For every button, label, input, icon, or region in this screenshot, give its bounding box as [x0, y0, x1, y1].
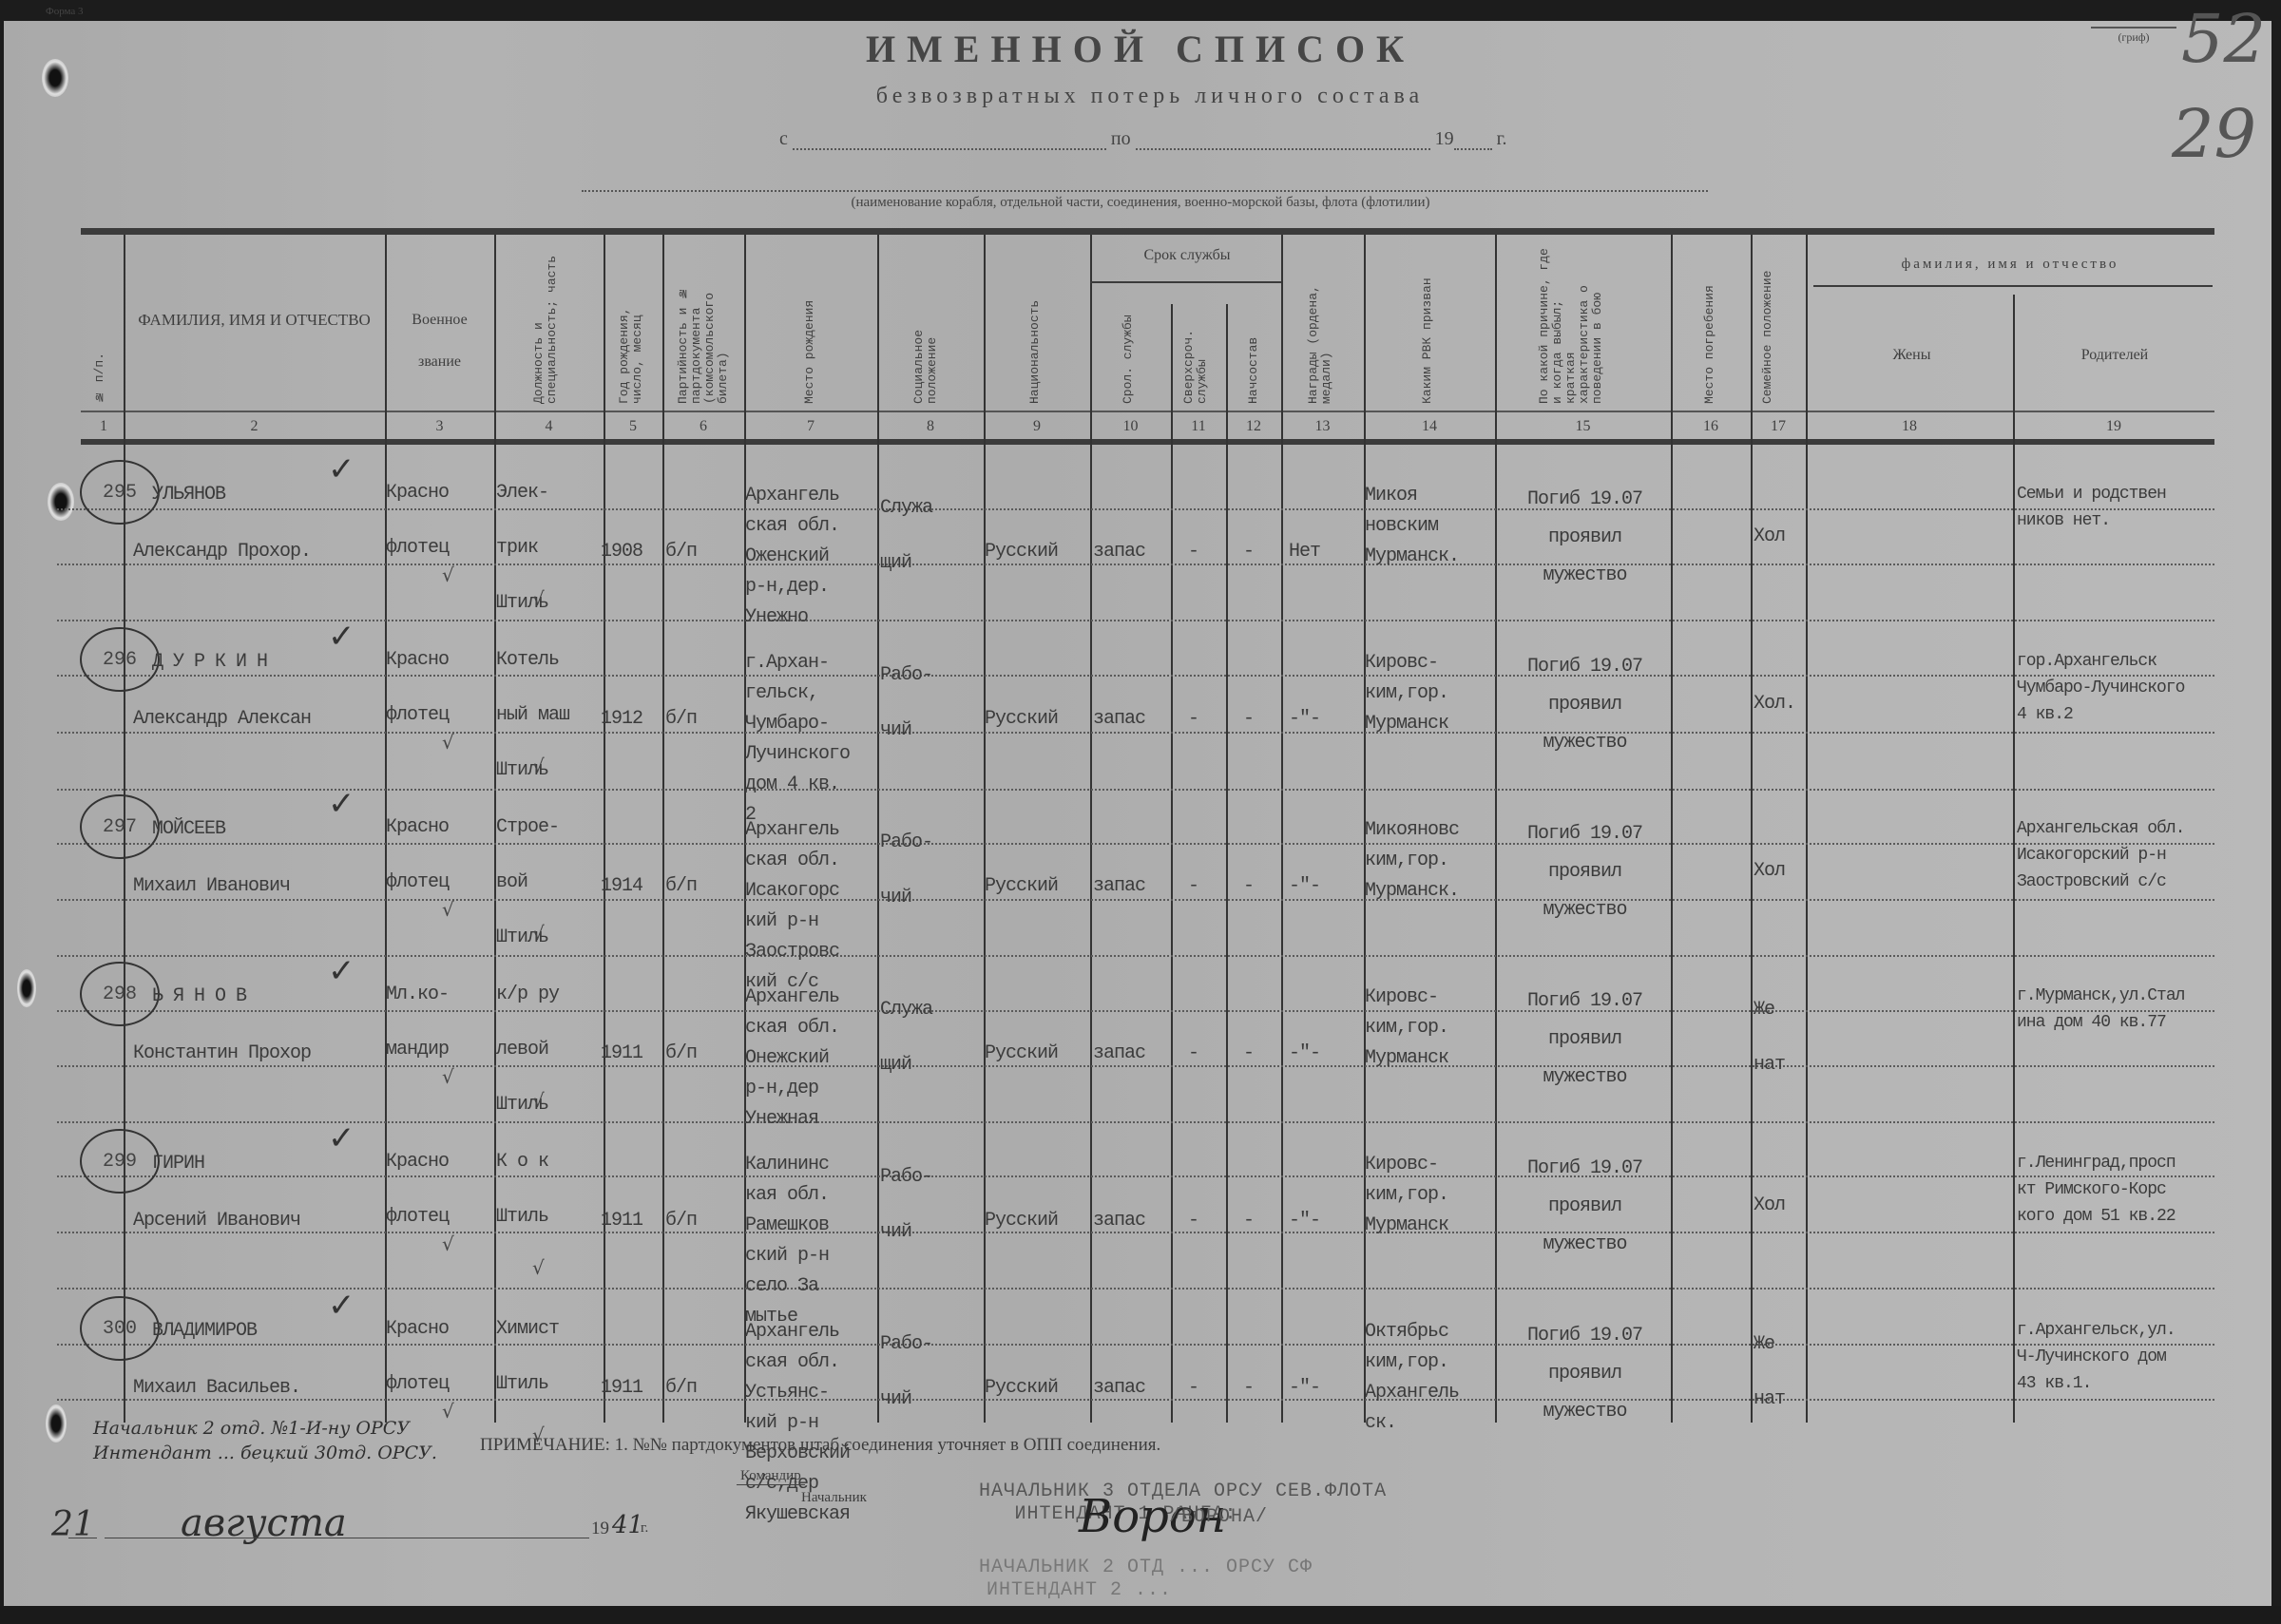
- col-header-7: Место рождения: [803, 295, 816, 404]
- officer: -: [1243, 538, 1254, 566]
- note-line: Начальник 2 отд. №1-И-ну ОРСУ: [93, 1416, 437, 1441]
- family-status: Хол.: [1754, 677, 1795, 732]
- col-number: 10: [1090, 418, 1171, 435]
- col-header-18: Жены: [1811, 347, 2013, 364]
- col-header-12: Начсостав: [1247, 314, 1260, 404]
- party-status: б/п: [665, 1374, 697, 1403]
- term-regular: запас: [1093, 872, 1145, 901]
- col-number: 9: [984, 418, 1090, 435]
- checkmark-icon: ✓: [328, 1287, 355, 1325]
- col-number: 1: [84, 418, 124, 435]
- stamp-line: ИНТЕНДАНТ 2 ...: [979, 1579, 1179, 1602]
- col-header-6: Партийность и № партдокумента (комсомоль…: [677, 242, 724, 404]
- row-guide: [57, 843, 2214, 845]
- period-to-label: по: [1111, 128, 1131, 149]
- row-guide: [57, 1121, 2214, 1123]
- term-regular: запас: [1093, 1040, 1145, 1068]
- term-regular: запас: [1093, 1207, 1145, 1235]
- col-header-3: Военное звание: [390, 299, 489, 383]
- col-header-4: Должность и специальность; часть: [532, 238, 565, 404]
- party-status: б/п: [665, 705, 697, 734]
- rvk-drafted-by: Кировс- ким,гор. Мурманск: [1365, 1150, 1448, 1241]
- col-divider: [1281, 235, 1283, 1423]
- small-checkmark-icon: √: [442, 731, 454, 754]
- term-extended: -: [1188, 1040, 1198, 1068]
- rvk-drafted-by: Микоя новским Мурманск.: [1365, 481, 1459, 572]
- date-line: 21 августа 19 41 г.: [38, 1511, 665, 1549]
- commander-label: Командир: [737, 1468, 805, 1485]
- period-year-field: [1454, 133, 1492, 150]
- col-header-17: Семейное положение: [1761, 252, 1792, 404]
- rvk-drafted-by: Кировс- ким,гор. Мурманск: [1365, 983, 1448, 1074]
- military-rank: Красно флотец: [386, 633, 449, 743]
- reason-of-loss: Погиб 19.07 проявил мужество: [1502, 648, 1668, 762]
- social-status: Служа щий: [880, 481, 932, 591]
- military-rank: Красно флотец: [386, 800, 449, 910]
- party-status: б/п: [665, 538, 697, 566]
- row-number-circled: 300: [80, 1296, 160, 1361]
- col-number: 16: [1671, 418, 1751, 435]
- row-guide: [57, 508, 2214, 510]
- col-number: 4: [494, 418, 604, 435]
- table-top-border: [81, 228, 2214, 235]
- surname: Ь Я Н О В: [152, 983, 246, 1011]
- row-guide: [57, 1175, 2214, 1177]
- birthplace: Архангель ская обл. Онежский р-н,дер Уне…: [745, 983, 839, 1135]
- scan-edge: [0, 1606, 2281, 1624]
- small-checkmark-icon: √: [442, 1065, 454, 1088]
- parents-info: Семьи и родствен ников нет.: [2017, 481, 2166, 534]
- term-regular: запас: [1093, 1374, 1145, 1403]
- checkmark-icon: ✓: [328, 1119, 355, 1157]
- parents-info: г.Архангельск,ул. Ч-Лучинского дом 43 кв…: [2017, 1317, 2176, 1397]
- col-divider: [604, 235, 605, 1423]
- row-guide: [57, 620, 2214, 621]
- col-number: 11: [1171, 418, 1226, 435]
- parents-info: гор.Архангельск Чумбаро-Лучинского 4 кв.…: [2017, 648, 2184, 728]
- checkmark-icon: ✓: [328, 785, 355, 823]
- family-status: Же нат: [1754, 983, 1785, 1093]
- position: К о к Штиль: [496, 1135, 548, 1245]
- row-number-circled: 299: [80, 1129, 160, 1194]
- date-year-prefix: 19: [591, 1519, 609, 1539]
- col-divider: [1495, 235, 1497, 1423]
- small-checkmark-icon: √: [442, 1400, 454, 1423]
- birthplace: г.Архан- гельск, Чумбаро- Лучинского дом…: [745, 648, 850, 831]
- position: Химист Штиль: [496, 1302, 559, 1412]
- position: Строе- вой Штиль: [496, 800, 559, 965]
- family-status: Же нат: [1754, 1317, 1785, 1427]
- small-checkmark-icon: √: [442, 564, 454, 586]
- birth-year: 1908: [601, 538, 642, 566]
- col-number: 14: [1364, 418, 1495, 435]
- checkmark-icon: ✓: [328, 450, 355, 488]
- col-number: 17: [1751, 418, 1806, 435]
- surname: МОЙСЕЕВ: [152, 815, 225, 844]
- form-label: Форма 3: [46, 6, 84, 17]
- handwritten-margin-note: Начальник 2 отд. №1-И-ну ОРСУ Интендант …: [93, 1416, 437, 1465]
- document-subtitle: безвозвратных потерь личного состава: [0, 84, 2281, 109]
- punch-hole: [17, 969, 36, 1007]
- nationality: Русский: [985, 705, 1058, 734]
- date-g: г.: [641, 1520, 648, 1537]
- surname: Д У Р К И Н: [152, 648, 267, 677]
- row-number-circled: 297: [80, 794, 160, 859]
- col-divider: [2013, 295, 2015, 1423]
- given-name-patronymic: Михаил Васильев.: [133, 1374, 300, 1403]
- col-number: 2: [124, 418, 385, 435]
- small-checkmark-icon: √: [532, 922, 545, 945]
- given-name-patronymic: Арсений Иванович: [133, 1207, 300, 1235]
- term-extended: -: [1188, 1207, 1198, 1235]
- header-bottom-border: [81, 439, 2214, 445]
- term-regular: запас: [1093, 538, 1145, 566]
- family-status: Хол: [1754, 844, 1785, 899]
- punch-hole: [42, 59, 68, 97]
- stamp-line: НАЧАЛЬНИК 2 ОТД ... ОРСУ СФ: [979, 1557, 1313, 1579]
- surname: ГИРИН: [152, 1150, 204, 1178]
- birth-year: 1911: [601, 1207, 642, 1235]
- awards: Нет: [1289, 538, 1320, 566]
- term-extended: -: [1188, 872, 1198, 901]
- nationality: Русский: [985, 538, 1058, 566]
- social-status: Рабо- чий: [880, 1150, 932, 1260]
- col-divider: [1806, 235, 1808, 1423]
- period-from-field: [793, 133, 1106, 150]
- given-name-patronymic: Константин Прохор: [133, 1040, 311, 1068]
- colnum-separator: [81, 411, 2214, 412]
- date-day-underline: [68, 1538, 97, 1538]
- period-from-label: с: [779, 128, 788, 149]
- col-header-5: Год рождения, число, месяц: [618, 276, 650, 404]
- reason-of-loss: Погиб 19.07 проявил мужество: [1502, 815, 1668, 929]
- date-month-underline: [105, 1538, 589, 1538]
- checkmark-icon: ✓: [328, 618, 355, 656]
- awards: -"-: [1289, 872, 1320, 901]
- col-number: 12: [1226, 418, 1281, 435]
- period-line: с по 19 г.: [779, 128, 1507, 150]
- surname: УЛЬЯНОВ: [152, 481, 225, 509]
- stamp-chief-2nd-dept: НАЧАЛЬНИК 2 ОТД ... ОРСУ СФ ИНТЕНДАНТ 2 …: [979, 1557, 1313, 1602]
- col-divider: [1090, 235, 1092, 1423]
- chief-label: Начальник: [801, 1490, 867, 1506]
- row-guide: [57, 1344, 2214, 1346]
- parents-info: г.Мурманск,ул.Стал ина дом 40 кв.77: [2017, 983, 2184, 1036]
- col-divider: [1671, 235, 1673, 1423]
- term-extended: -: [1188, 705, 1198, 734]
- col-divider: [1751, 235, 1753, 1423]
- party-status: б/п: [665, 1040, 697, 1068]
- unit-caption: (наименование корабля, отдельной части, …: [0, 195, 2281, 211]
- social-status: Рабо- чий: [880, 815, 932, 926]
- family-status: Хол: [1754, 509, 1785, 564]
- military-rank: Красно флотец: [386, 466, 449, 576]
- col-header-16: Место погребения: [1703, 257, 1716, 404]
- col-header-15: По какой причине, где и когда выбыл; кра…: [1538, 242, 1614, 404]
- term-extended: -: [1188, 538, 1198, 566]
- period-year-suffix: г.: [1497, 128, 1507, 149]
- small-checkmark-icon: √: [532, 755, 545, 777]
- service-term-divider: [1090, 281, 1281, 283]
- reason-of-loss: Погиб 19.07 проявил мужество: [1502, 983, 1668, 1097]
- rvk-drafted-by: Октябрьс ким,гор. Архангель ск.: [1365, 1317, 1459, 1439]
- col-header-8: Социальное положение: [912, 285, 945, 404]
- small-checkmark-icon: √: [532, 1089, 545, 1112]
- date-year-suffix: 41: [612, 1511, 643, 1539]
- birth-year: 1911: [601, 1374, 642, 1403]
- officer: -: [1243, 1374, 1254, 1403]
- col-divider: [1226, 304, 1228, 1423]
- col-number: 6: [662, 418, 744, 435]
- birth-year: 1914: [601, 872, 642, 901]
- col-header-19: Родителей: [2015, 347, 2214, 364]
- military-rank: Мл.ко- мандир: [386, 967, 449, 1078]
- remark: ПРИМЕЧАНИЕ: 1. №№ партдокументов штаб со…: [480, 1435, 1160, 1456]
- small-checkmark-icon: √: [442, 898, 454, 921]
- nationality: Русский: [985, 1040, 1058, 1068]
- col-number: 13: [1281, 418, 1364, 435]
- social-status: Рабо- чий: [880, 1317, 932, 1427]
- reason-of-loss: Погиб 19.07 проявил мужество: [1502, 1150, 1668, 1264]
- col-number: 8: [877, 418, 984, 435]
- col-header-13: Награды (ордена, медали): [1307, 276, 1337, 404]
- parents-info: Архангельская обл. Исакогорский р-н Заос…: [2017, 815, 2184, 895]
- party-status: б/п: [665, 872, 697, 901]
- family-names-divider: [1813, 285, 2213, 287]
- classification-label: (гриф): [2091, 27, 2176, 45]
- reason-of-loss: Погиб 19.07 проявил мужество: [1502, 481, 1668, 595]
- col-divider: [984, 235, 986, 1423]
- nationality: Русский: [985, 1207, 1058, 1235]
- col-header-11: Сверхсроч. службы: [1182, 304, 1211, 404]
- given-name-patronymic: Михаил Иванович: [133, 872, 290, 901]
- birth-year: 1911: [601, 1040, 642, 1068]
- nationality: Русский: [985, 1374, 1058, 1403]
- col-number: 5: [604, 418, 662, 435]
- military-rank: Красно флотец: [386, 1135, 449, 1245]
- unit-name-field: [582, 190, 1708, 192]
- given-name-patronymic: Александр Прохор.: [133, 538, 311, 566]
- birth-year: 1912: [601, 705, 642, 734]
- note-line: Интендант ... бецкий 30тд. ОРСУ.: [93, 1441, 437, 1465]
- officer: -: [1243, 705, 1254, 734]
- col-header-9: Национальность: [1028, 285, 1042, 404]
- col-group-service-term: Срок службы: [1093, 247, 1281, 264]
- document-title: ИМЕННОЙ СПИСОК: [0, 27, 2281, 71]
- nationality: Русский: [985, 872, 1058, 901]
- checkmark-icon: ✓: [328, 952, 355, 990]
- parents-info: г.Ленинград,просп кт Римского-Корс кого …: [2017, 1150, 2176, 1230]
- period-year-prefix: 19: [1435, 128, 1454, 149]
- rvk-drafted-by: Микояновс ким,гор. Мурманск.: [1365, 815, 1459, 907]
- col-number: 3: [385, 418, 494, 435]
- col-divider: [662, 235, 664, 1423]
- small-checkmark-icon: √: [442, 1232, 454, 1255]
- awards: -"-: [1289, 1374, 1320, 1403]
- awards: -"-: [1289, 1040, 1320, 1068]
- row-guide: [57, 675, 2214, 677]
- party-status: б/п: [665, 1207, 697, 1235]
- awards: -"-: [1289, 1207, 1320, 1235]
- birthplace: Архангель ская обл. Оженский р-н,дер. Ун…: [745, 481, 839, 633]
- punch-hole: [48, 483, 74, 521]
- rvk-drafted-by: Кировс- ким,гор. Мурманск: [1365, 648, 1448, 739]
- small-checkmark-icon: √: [532, 1256, 545, 1279]
- date-month: августа: [181, 1501, 347, 1545]
- col-number: 18: [1806, 418, 2013, 435]
- officer: -: [1243, 872, 1254, 901]
- col-header-2: ФАМИЛИЯ, ИМЯ И ОТЧЕСТВО: [128, 299, 380, 341]
- signer-1-name: /ВОРОНА/: [1169, 1506, 1268, 1529]
- surname: ВЛАДИМИРОВ: [152, 1317, 257, 1346]
- social-status: Служа щий: [880, 983, 932, 1093]
- col-number: 7: [744, 418, 877, 435]
- birthplace: Калининс кая обл. Рамешков ский р-н село…: [745, 1150, 829, 1332]
- position: к/р ру левой Штиль: [496, 967, 559, 1133]
- row-number-circled: 298: [80, 962, 160, 1026]
- col-group-family-names: фамилия, имя и отчество: [1811, 257, 2210, 273]
- military-rank: Красно флотец: [386, 1302, 449, 1412]
- col-number: 15: [1495, 418, 1671, 435]
- col-header-14: Каким РВК призван: [1421, 242, 1434, 404]
- period-to-field: [1136, 133, 1430, 150]
- col-number: 19: [2013, 418, 2214, 435]
- officer: -: [1243, 1040, 1254, 1068]
- row-number-circled: 295: [80, 460, 160, 525]
- col-divider: [877, 235, 879, 1423]
- row-guide: [57, 1288, 2214, 1290]
- term-extended: -: [1188, 1374, 1198, 1403]
- col-header-10: Срол. службы: [1121, 304, 1135, 404]
- reason-of-loss: Погиб 19.07 проявил мужество: [1502, 1317, 1668, 1431]
- row-guide: [57, 955, 2214, 957]
- row-guide: [57, 789, 2214, 791]
- officer: -: [1243, 1207, 1254, 1235]
- awards: -"-: [1289, 705, 1320, 734]
- small-checkmark-icon: √: [532, 587, 545, 610]
- col-header-1: № п/п.: [93, 328, 106, 404]
- punch-hole: [46, 1404, 67, 1442]
- social-status: Рабо- чий: [880, 648, 932, 758]
- archive-number-1: 52: [2181, 0, 2266, 78]
- term-regular: запас: [1093, 705, 1145, 734]
- col-divider: [1171, 304, 1173, 1423]
- family-status: Хол: [1754, 1178, 1785, 1233]
- given-name-patronymic: Александр Алексан: [133, 705, 311, 734]
- row-number-circled: 296: [80, 627, 160, 692]
- birthplace: Архангель ская обл. Исакогорс кий р-н За…: [745, 815, 839, 998]
- archive-number-2: 29: [2172, 95, 2256, 173]
- row-guide: [57, 1010, 2214, 1012]
